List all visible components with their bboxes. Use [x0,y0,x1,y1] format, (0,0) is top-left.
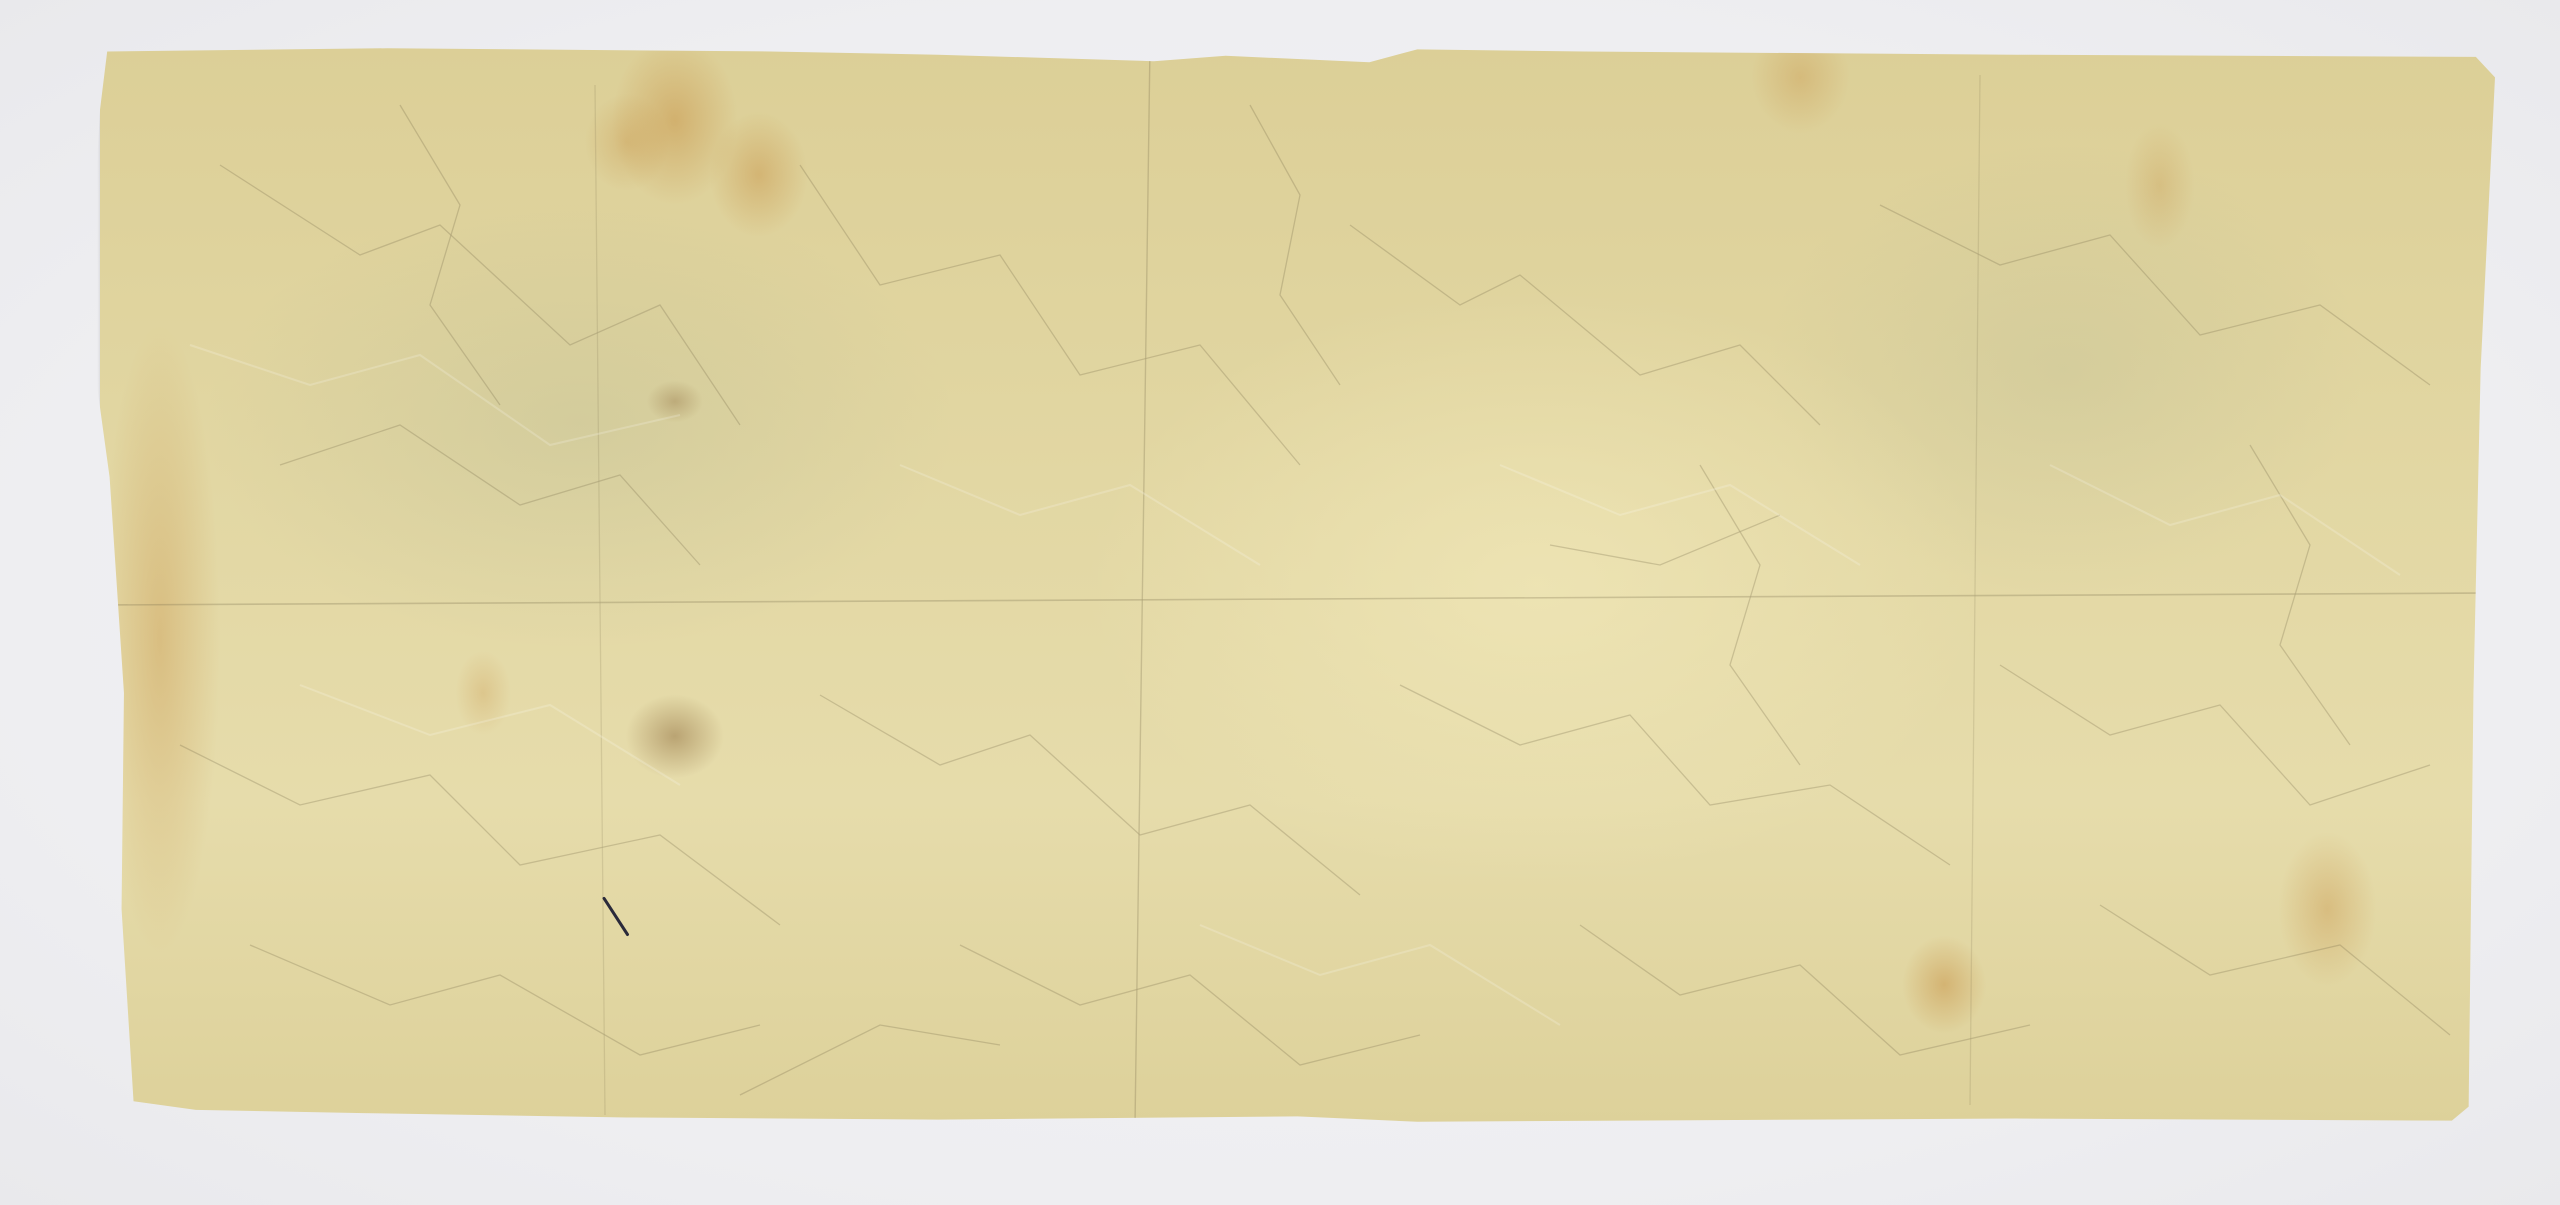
banknote-reverse [100,45,2495,1125]
crease-texture [100,45,2495,1125]
